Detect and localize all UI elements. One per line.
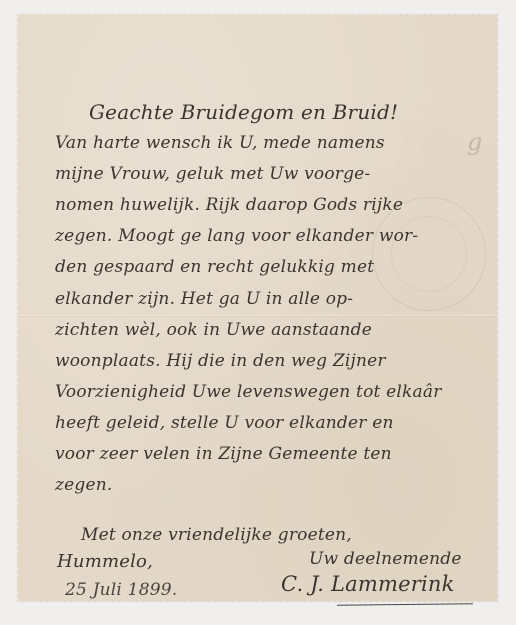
letter-valediction: Uw deelnemende (309, 549, 462, 569)
letter-body-line: den gespaard en recht gelukkig met (55, 257, 374, 277)
signature-underline (337, 603, 473, 605)
letter-body-line: zegen. Moogt ge lang voor elkander wor- (55, 226, 418, 246)
letter-date: 25 Juli 1899. (65, 580, 177, 600)
perforated-edge-right (495, 14, 499, 602)
letter-body-line: elkander zijn. Het ga U in alle op- (55, 289, 353, 309)
letter-closing: Met onze vriendelijke groeten, (81, 525, 352, 545)
letter-signature: C. J. Lammerink (281, 572, 455, 596)
letter-salutation: Geachte Bruidegom en Bruid! (89, 100, 398, 124)
letter-body-line: Voorzienigheid Uwe levenswegen tot elkaâ… (55, 382, 442, 402)
letter-place: Hummelo, (57, 551, 153, 572)
letter-body-line: Van harte wensch ik U, mede namens (55, 133, 385, 153)
letter-body-line: mijne Vrouw, geluk met Uw voorge- (55, 164, 370, 184)
letter-card: g Geachte Bruidegom en Bruid! Van harte … (17, 14, 498, 602)
perforated-edge-left (16, 14, 20, 602)
letter-body-line: woonplaats. Hij die in den weg Zijner (55, 351, 386, 371)
letter-body-line: heeft geleid, stelle U voor elkander en (55, 413, 394, 433)
pencil-annotation: g (467, 128, 482, 156)
letter-body-line: nomen huwelijk. Rijk daarop Gods rijke (55, 195, 403, 215)
letter-body-line: voor zeer velen in Zijne Gemeente ten (55, 444, 392, 464)
scanned-letter-scene: g Geachte Bruidegom en Bruid! Van harte … (0, 0, 516, 625)
letter-body-line: zegen. (55, 475, 113, 495)
perforated-edge-top (17, 13, 498, 17)
letter-body-line: zichten wèl, ook in Uwe aanstaande (55, 320, 372, 340)
fold-crease (17, 315, 498, 316)
